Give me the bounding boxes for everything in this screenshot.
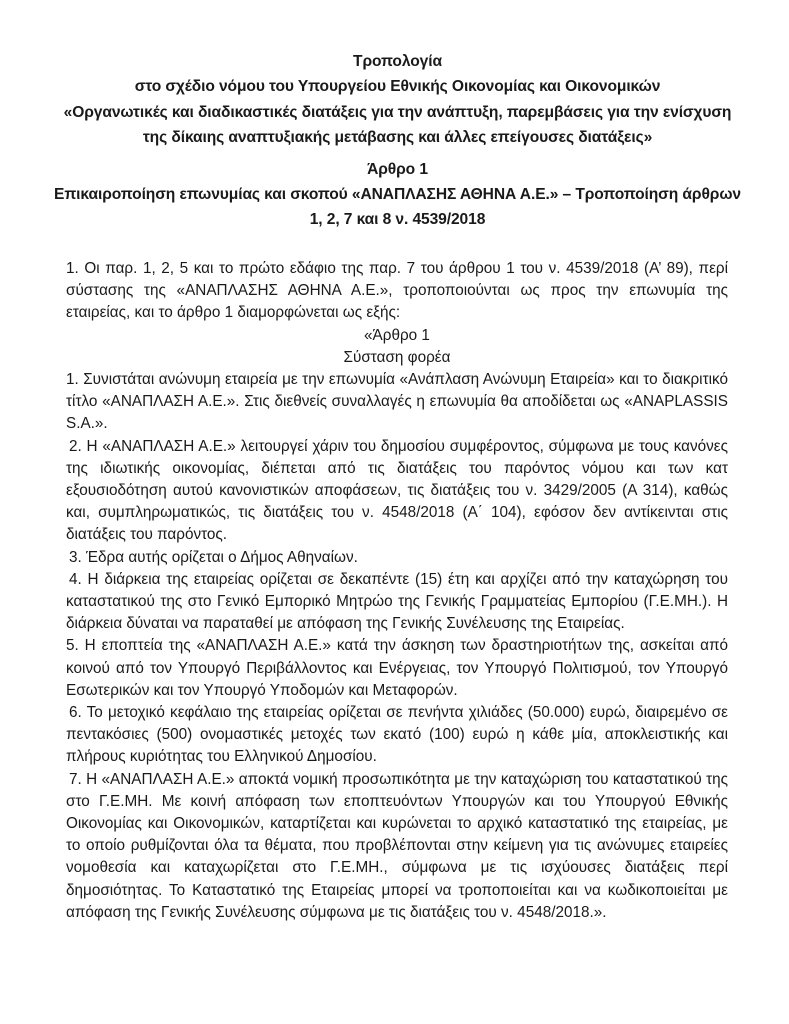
quoted-article-title: Σύσταση φορέα	[66, 347, 728, 369]
intro-paragraph: 1. Οι παρ. 1, 2, 5 και το πρώτο εδάφιο τ…	[66, 258, 728, 325]
document-page: Τροπολογία στο σχέδιο νόμου του Υπουργεί…	[0, 0, 789, 1024]
paragraph-4: 4. Η διάρκεια της εταιρείας ορίζεται σε …	[66, 569, 728, 636]
document-header: Τροπολογία στο σχέδιο νόμου του Υπουργεί…	[40, 49, 755, 151]
paragraph-3: 3. Έδρα αυτής ορίζεται ο Δήμος Αθηναίων.	[66, 547, 728, 569]
paragraph-7: 7. Η «ΑΝΑΠΛΑΣΗ Α.Ε.» αποκτά νομική προσω…	[66, 769, 728, 924]
article-body: 1. Οι παρ. 1, 2, 5 και το πρώτο εδάφιο τ…	[66, 258, 728, 924]
bill-title-line2: της δίκαιης αναπτυξιακής μετάβασης και ά…	[40, 125, 755, 150]
bill-title-line1: «Οργανωτικές και διαδικαστικές διατάξεις…	[40, 100, 755, 125]
article-title-line2: 1, 2, 7 και 8 ν. 4539/2018	[40, 207, 755, 232]
paragraph-1: 1. Συνιστάται ανώνυμη εταιρεία με την επ…	[66, 369, 728, 436]
article-title-line1: Επικαιροποίηση επωνυμίας και σκοπού «ΑΝΑ…	[40, 182, 755, 207]
quoted-article-number: «Άρθρο 1	[66, 325, 728, 347]
paragraph-2: 2. Η «ΑΝΑΠΛΑΣΗ Α.Ε.» λειτουργεί χάριν το…	[66, 436, 728, 547]
paragraph-6: 6. Το μετοχικό κεφάλαιο της εταιρείας ορ…	[66, 702, 728, 769]
paragraph-5: 5. Η εποπτεία της «ΑΝΑΠΛΑΣΗ Α.Ε.» κατά τ…	[66, 635, 728, 702]
article-number: Άρθρο 1	[40, 157, 755, 182]
article-heading: Άρθρο 1 Επικαιροποίηση επωνυμίας και σκο…	[40, 157, 755, 232]
document-title: Τροπολογία	[40, 49, 755, 74]
bill-reference: στο σχέδιο νόμου του Υπουργείου Εθνικής …	[40, 74, 755, 99]
